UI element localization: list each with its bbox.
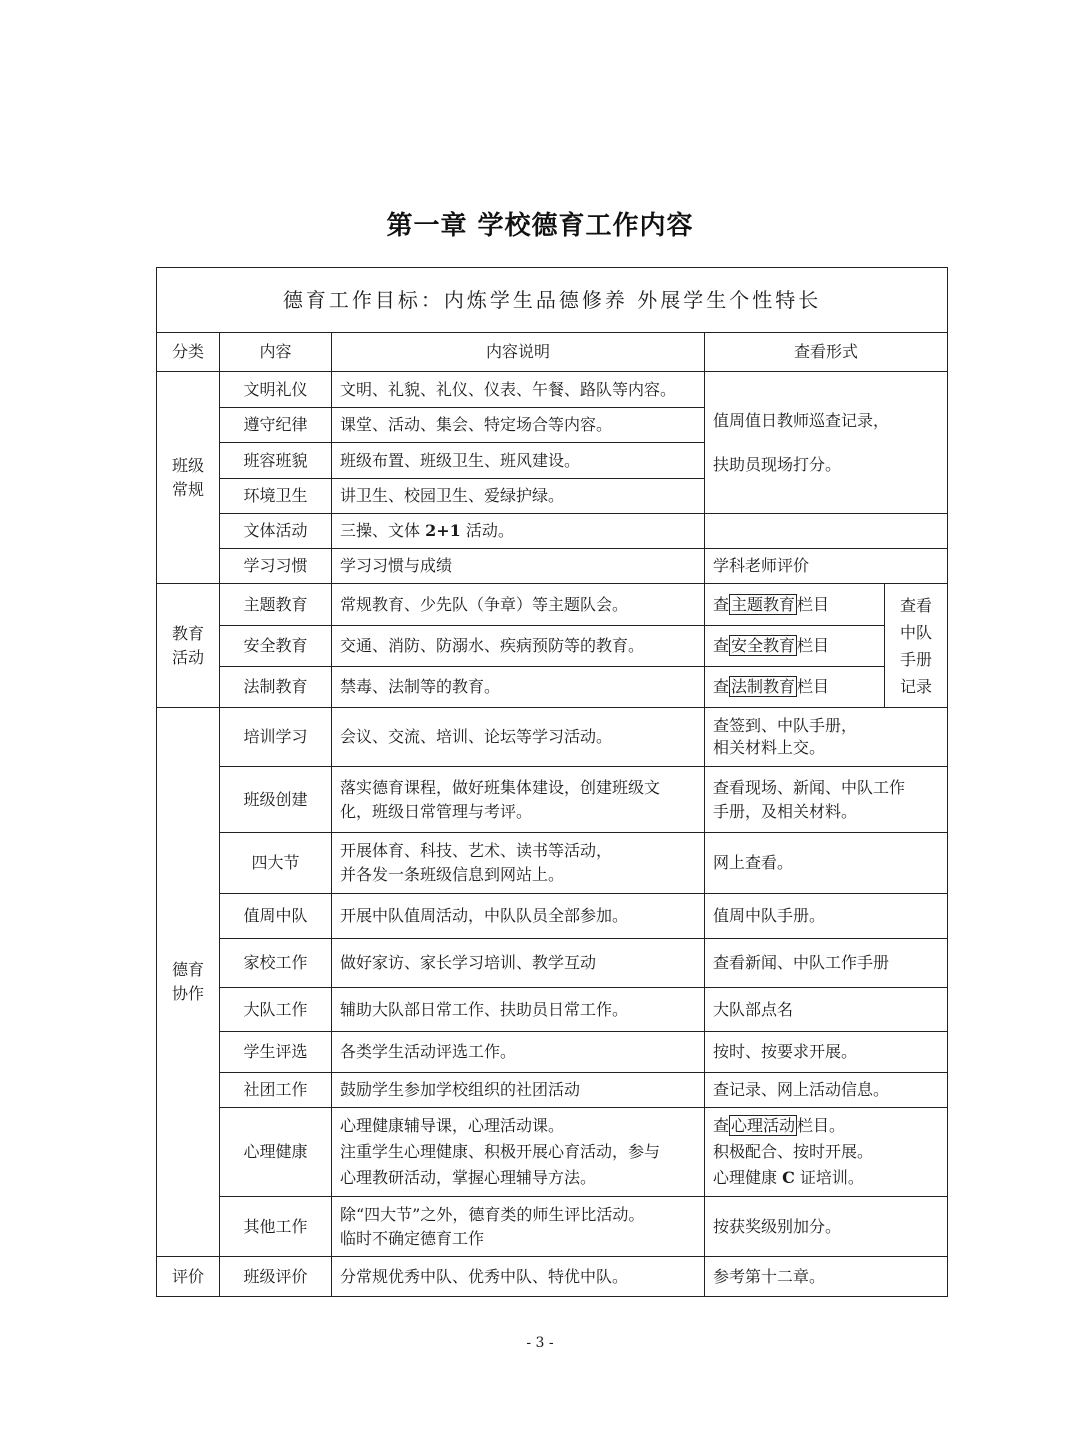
check-line: 查心理活动栏目。 [713,1113,939,1139]
item-cell: 遵守纪律 [220,408,332,443]
check-line: 查签到、中队手册， [713,715,939,737]
item-cell: 心理健康 [220,1108,332,1197]
item-cell: 家校工作 [220,939,332,988]
check-cell: 网上查看。 [705,833,948,894]
desc-line: 心理教研活动，掌握心理辅导方法。 [340,1165,696,1191]
category-line: 活动 [161,646,215,670]
category-line: 教育 [161,622,215,646]
category-cell: 评价 [157,1257,220,1297]
header-check-method: 查看形式 [705,333,948,372]
description-cell: 交通、消防、防溺水、疾病预防等的教育。 [332,626,705,667]
desc-line: 心理健康辅导课，心理活动课。 [340,1113,696,1139]
item-cell: 法制教育 [220,667,332,708]
check-line: 值周值日教师巡查记录， [713,399,939,443]
item-cell: 四大节 [220,833,332,894]
item-cell: 班级创建 [220,767,332,833]
table-row: 文体活动 三操、文体 2+1 活动。 [157,514,948,549]
check-text: 证培训。 [795,1168,864,1187]
check-cell: 值周值日教师巡查记录， 扶助员现场打分。 [705,372,948,514]
item-cell: 安全教育 [220,626,332,667]
description-cell: 常规教育、少先队（争章）等主题队会。 [332,584,705,626]
check-cell: 查签到、中队手册， 相关材料上交。 [705,708,948,767]
description-cell: 分常规优秀中队、优秀中队、特优中队。 [332,1257,705,1297]
side-note-line: 查看 [887,592,945,619]
description-cell: 各类学生活动评选工作。 [332,1032,705,1073]
page-number: - 3 - [0,1335,1080,1351]
table-row: 学习习惯 学习习惯与成绩 学科老师评价 [157,549,948,584]
category-cell: 教育 活动 [157,584,220,708]
item-cell: 社团工作 [220,1073,332,1108]
table-row: 班级 常规 文明礼仪 文明、礼貌、礼仪、仪表、午餐、路队等内容。 值周值日教师巡… [157,372,948,408]
desc-line: 并各发一条班级信息到网站上。 [340,863,696,887]
boxed-column-name: 主题教育 [729,594,797,615]
desc-line: 落实德育课程，做好班集体建设，创建班级文 [340,776,696,800]
check-bold: C [782,1168,795,1187]
check-line: 扶助员现场打分。 [713,443,939,487]
moral-education-table: 德育工作目标：内炼学生品德修养 外展学生个性特长 分类 内容 内容说明 查看形式… [156,267,948,1297]
item-cell: 大队工作 [220,988,332,1032]
check-cell [705,514,948,549]
check-text: 栏目 [797,677,829,696]
description-cell: 班级布置、班级卫生、班风建设。 [332,443,705,479]
boxed-column-name: 心理活动 [729,1115,797,1136]
description-cell: 心理健康辅导课，心理活动课。 注重学生心理健康、积极开展心育活动，参与 心理教研… [332,1108,705,1197]
table-row: 其他工作 除“四大节”之外，德育类的师生评比活动。 临时不确定德育工作 按获奖级… [157,1197,948,1257]
check-text: 查 [713,595,729,614]
check-cell: 查安全教育栏目 [705,626,885,667]
side-note-line: 手册 [887,646,945,673]
header-item: 内容 [220,333,332,372]
table-header-row: 分类 内容 内容说明 查看形式 [157,333,948,372]
boxed-column-name: 法制教育 [729,676,797,697]
category-line: 班级 [161,454,215,478]
item-cell: 文明礼仪 [220,372,332,408]
item-cell: 其他工作 [220,1197,332,1257]
desc-line: 注重学生心理健康、积极开展心育活动，参与 [340,1139,696,1165]
check-cell: 查看新闻、中队工作手册 [705,939,948,988]
category-cell: 班级 常规 [157,372,220,584]
check-cell: 按时、按要求开展。 [705,1032,948,1073]
check-text: 查 [713,636,729,655]
description-cell: 讲卫生、校园卫生、爱绿护绿。 [332,479,705,514]
check-cell: 查心理活动栏目。 积极配合、按时开展。 心理健康 C 证培训。 [705,1108,948,1197]
table-row: 德育 协作 培训学习 会议、交流、培训、论坛等学习活动。 查签到、中队手册， 相… [157,708,948,767]
desc-line: 开展体育、科技、艺术、读书等活动， [340,839,696,863]
check-cell: 学科老师评价 [705,549,948,584]
category-line: 协作 [161,982,215,1006]
category-line: 德育 [161,958,215,982]
category-line: 常规 [161,478,215,502]
item-cell: 值周中队 [220,894,332,939]
category-cell: 德育 协作 [157,708,220,1257]
check-text: 查 [713,677,729,696]
check-text: 栏目 [797,636,829,655]
check-cell: 查主题教育栏目 [705,584,885,626]
check-line: 积极配合、按时开展。 [713,1139,939,1165]
description-cell: 会议、交流、培训、论坛等学习活动。 [332,708,705,767]
check-cell: 查看现场、新闻、中队工作 手册，及相关材料。 [705,767,948,833]
item-cell: 环境卫生 [220,479,332,514]
table-row: 教育 活动 主题教育 常规教育、少先队（争章）等主题队会。 查主题教育栏目 查看… [157,584,948,626]
desc-text: 三操、文体 [340,521,425,540]
desc-line: 除“四大节”之外，德育类的师生评比活动。 [340,1203,696,1227]
description-cell: 落实德育课程，做好班集体建设，创建班级文 化，班级日常管理与考评。 [332,767,705,833]
table-row: 评价 班级评价 分常规优秀中队、优秀中队、特优中队。 参考第十二章。 [157,1257,948,1297]
check-text: 栏目 [797,595,829,614]
header-description: 内容说明 [332,333,705,372]
check-text: 心理健康 [713,1168,782,1187]
boxed-column-name: 安全教育 [729,635,797,656]
desc-bold: 2+1 [425,521,461,540]
check-cell: 查记录、网上活动信息。 [705,1073,948,1108]
item-cell: 文体活动 [220,514,332,549]
description-cell: 文明、礼貌、礼仪、仪表、午餐、路队等内容。 [332,372,705,408]
item-cell: 学生评选 [220,1032,332,1073]
check-line: 查看现场、新闻、中队工作 [713,776,939,800]
table-row: 学生评选 各类学生活动评选工作。 按时、按要求开展。 [157,1032,948,1073]
description-cell: 三操、文体 2+1 活动。 [332,514,705,549]
desc-line: 化，班级日常管理与考评。 [340,800,696,824]
description-cell: 课堂、活动、集会、特定场合等内容。 [332,408,705,443]
description-cell: 做好家访、家长学习培训、教学互动 [332,939,705,988]
table-row: 大队工作 辅助大队部日常工作、扶助员日常工作。 大队部点名 [157,988,948,1032]
item-cell: 班容班貌 [220,443,332,479]
side-note-line: 中队 [887,619,945,646]
check-text: 查 [713,1116,729,1135]
item-cell: 主题教育 [220,584,332,626]
check-line: 手册，及相关材料。 [713,800,939,824]
check-line: 相关材料上交。 [713,737,939,759]
item-cell: 班级评价 [220,1257,332,1297]
check-cell: 参考第十二章。 [705,1257,948,1297]
description-cell: 开展体育、科技、艺术、读书等活动， 并各发一条班级信息到网站上。 [332,833,705,894]
table-row: 法制教育 禁毒、法制等的教育。 查法制教育栏目 [157,667,948,708]
table-row: 四大节 开展体育、科技、艺术、读书等活动， 并各发一条班级信息到网站上。 网上查… [157,833,948,894]
header-category: 分类 [157,333,220,372]
check-text: 栏目。 [797,1116,845,1135]
description-cell: 开展中队值周活动，中队队员全部参加。 [332,894,705,939]
item-cell: 学习习惯 [220,549,332,584]
table-row: 心理健康 心理健康辅导课，心理活动课。 注重学生心理健康、积极开展心育活动，参与… [157,1108,948,1197]
check-line: 心理健康 C 证培训。 [713,1165,939,1191]
check-cell: 值周中队手册。 [705,894,948,939]
description-cell: 禁毒、法制等的教育。 [332,667,705,708]
item-cell: 培训学习 [220,708,332,767]
side-note-cell: 查看 中队 手册 记录 [885,584,948,708]
chapter-title: 第一章 学校德育工作内容 [0,205,1080,242]
side-note-line: 记录 [887,673,945,700]
table-row: 家校工作 做好家访、家长学习培训、教学互动 查看新闻、中队工作手册 [157,939,948,988]
description-cell: 辅助大队部日常工作、扶助员日常工作。 [332,988,705,1032]
desc-text: 活动。 [461,521,514,540]
check-cell: 按获奖级别加分。 [705,1197,948,1257]
table-row: 班级创建 落实德育课程，做好班集体建设，创建班级文 化，班级日常管理与考评。 查… [157,767,948,833]
description-cell: 学习习惯与成绩 [332,549,705,584]
description-cell: 除“四大节”之外，德育类的师生评比活动。 临时不确定德育工作 [332,1197,705,1257]
table-row: 安全教育 交通、消防、防溺水、疾病预防等的教育。 查安全教育栏目 [157,626,948,667]
goal-banner: 德育工作目标：内炼学生品德修养 外展学生个性特长 [157,268,948,333]
description-cell: 鼓励学生参加学校组织的社团活动 [332,1073,705,1108]
table-row: 社团工作 鼓励学生参加学校组织的社团活动 查记录、网上活动信息。 [157,1073,948,1108]
check-cell: 查法制教育栏目 [705,667,885,708]
desc-line: 临时不确定德育工作 [340,1227,696,1251]
table-row: 值周中队 开展中队值周活动，中队队员全部参加。 值周中队手册。 [157,894,948,939]
check-cell: 大队部点名 [705,988,948,1032]
